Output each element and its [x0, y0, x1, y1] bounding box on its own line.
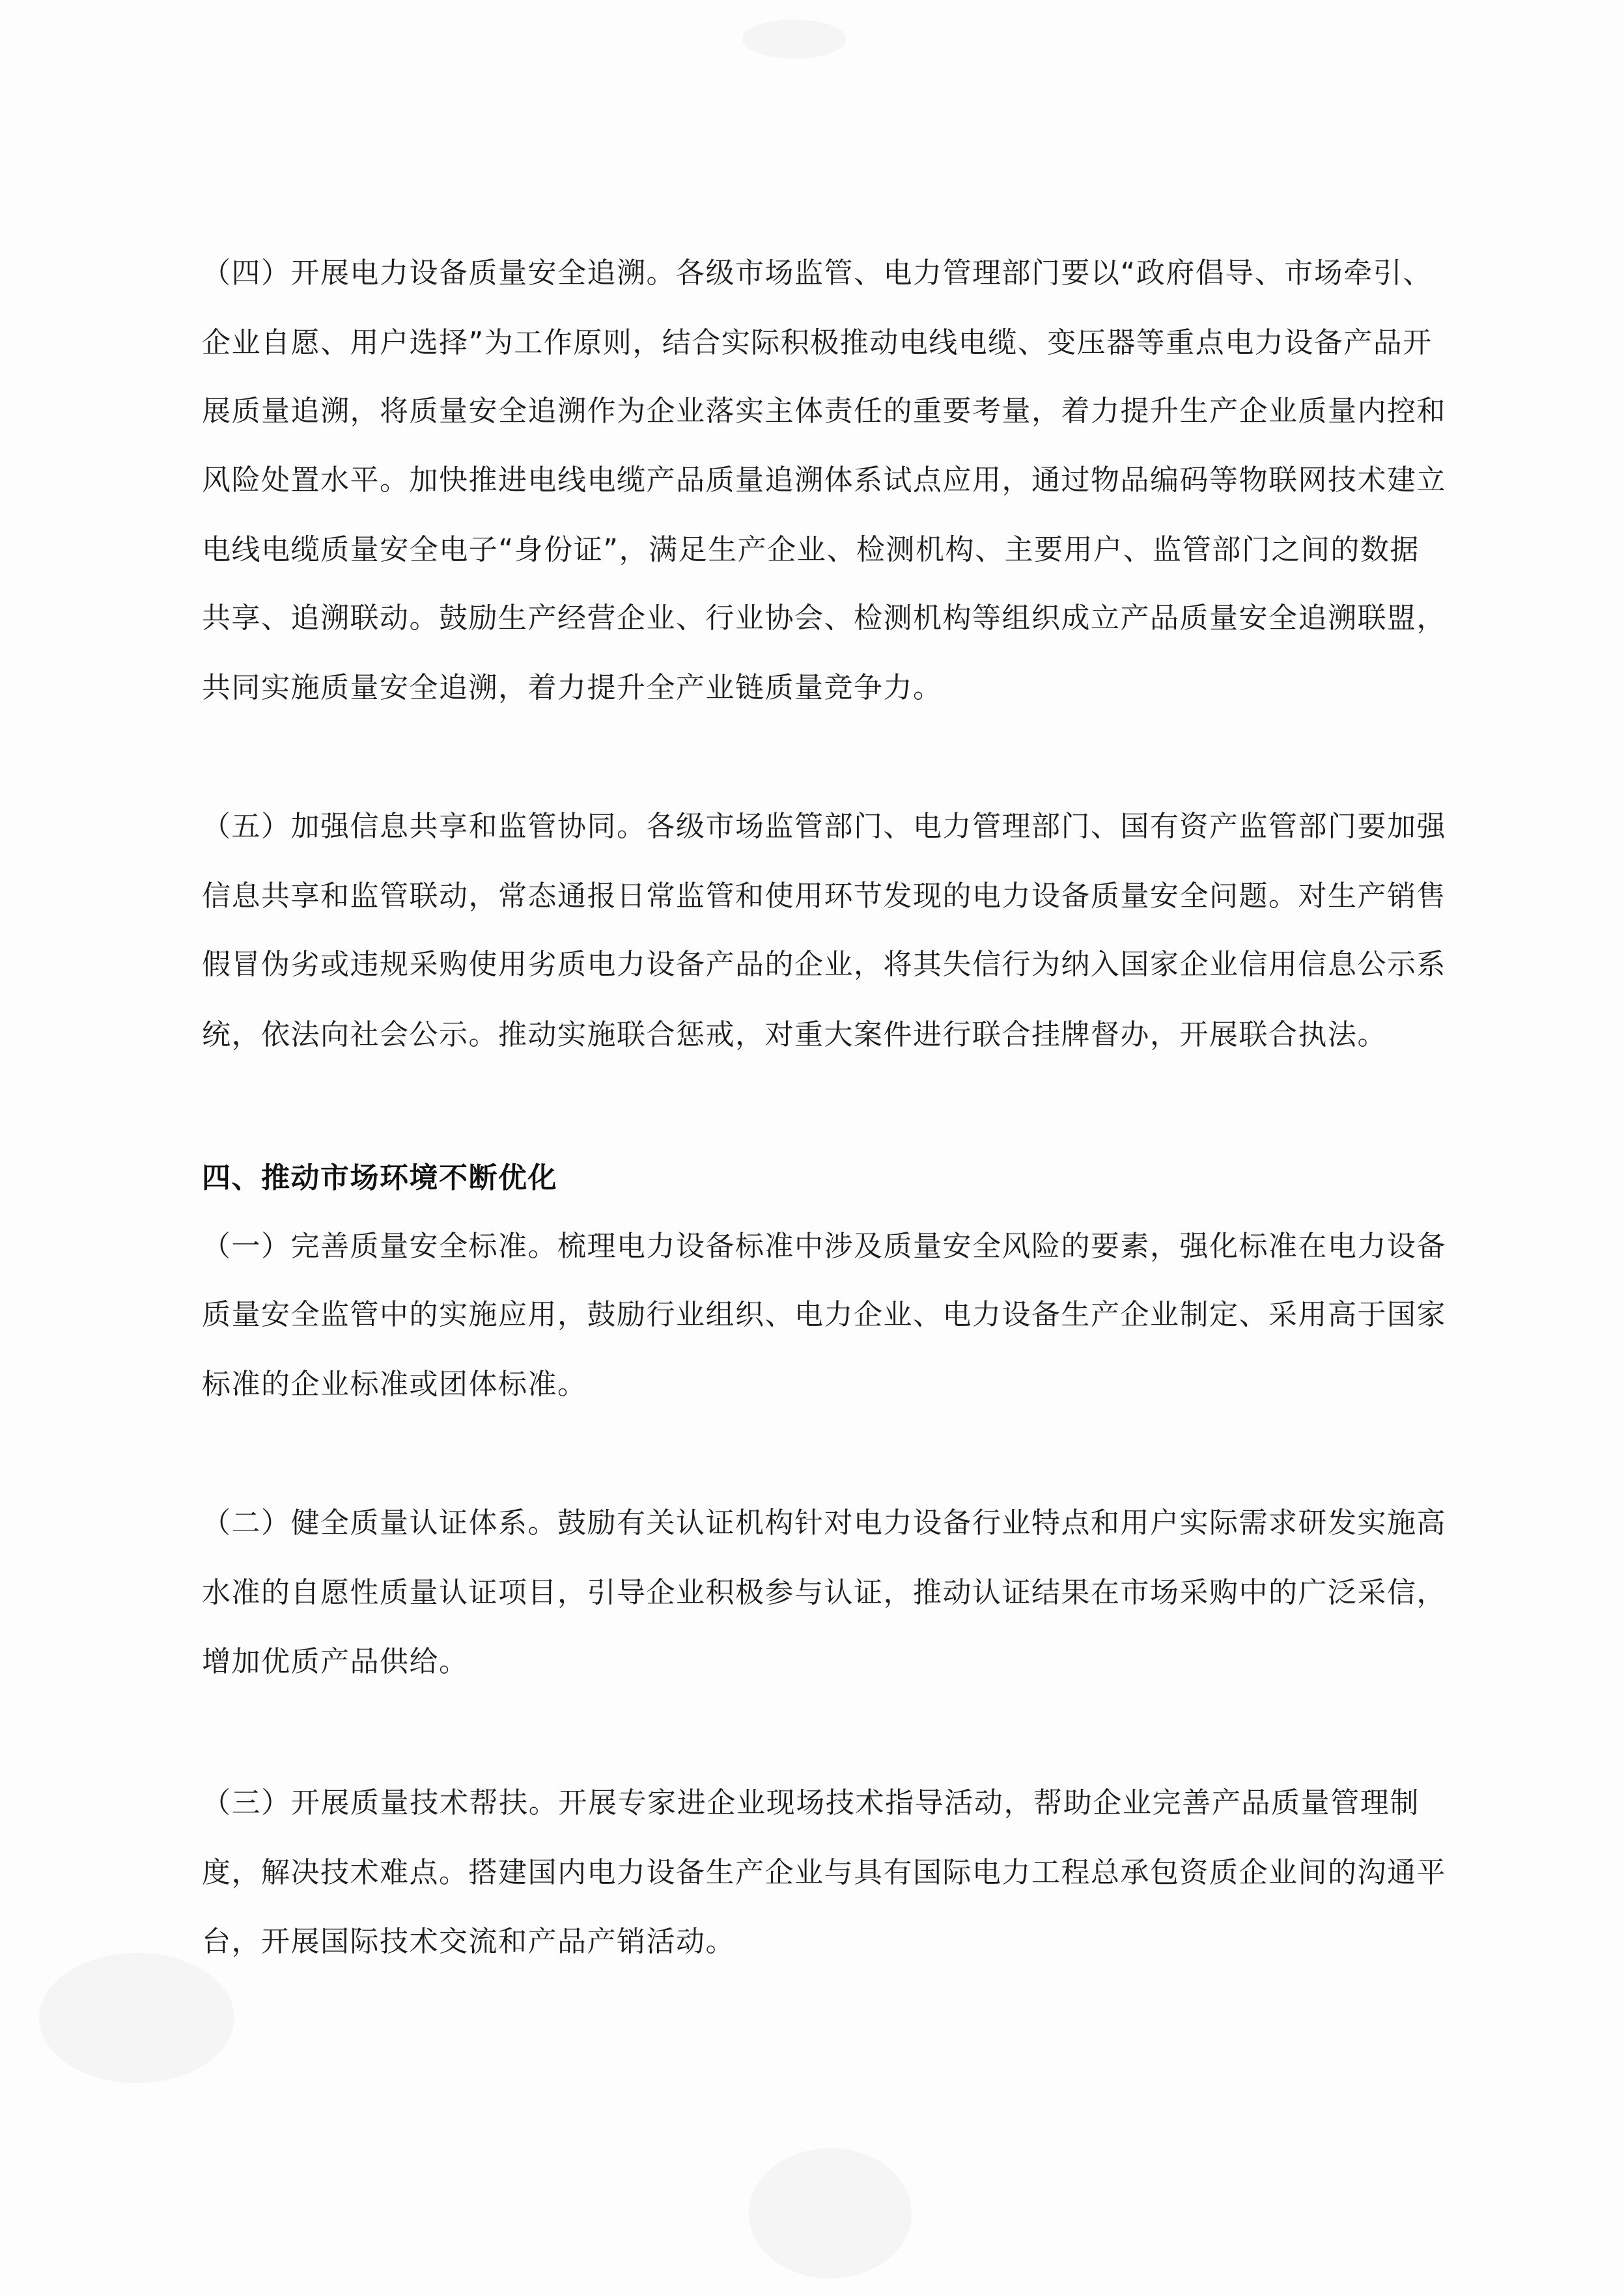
paragraph-5-line: 信息共享和监管联动，常态通报日常监管和使用环节发现的电力设备质量安全问题。对生产…	[202, 878, 1420, 915]
subsection-3-line: （三）开展质量技术帮扶。开展专家进企业现场技术指导活动，帮助企业完善产品质量管理…	[202, 1785, 1420, 1821]
paragraph-4-line: 风险处置水平。加快推进电线电缆产品质量追溯体系试点应用，通过物品编码等物联网技术…	[202, 462, 1420, 499]
subsection-2-line: 增加优质产品供给。	[202, 1644, 1420, 1680]
paragraph-4-line: 共享、追溯联动。鼓励生产经营企业、行业协会、检测机构等组织成立产品质量安全追溯联…	[202, 600, 1420, 637]
paragraph-4-line: 展质量追溯，将质量安全追溯作为企业落实主体责任的重要考量，着力提升生产企业质量内…	[202, 393, 1420, 430]
paragraph-4-line: 企业自愿、用户选择”为工作原则，结合实际积极推动电线电缆、变压器等重点电力设备产…	[202, 325, 1420, 361]
paragraph-5-line: 统，依法向社会公示。推动实施联合惩戒，对重大案件进行联合挂牌督办，开展联合执法。	[202, 1017, 1420, 1053]
subsection-2-line: （二）健全质量认证体系。鼓励有关认证机构针对电力设备行业特点和用户实际需求研发实…	[202, 1505, 1420, 1542]
section-heading: 四、推动市场环境不断优化	[202, 1160, 1420, 1196]
subsection-3-line: 台，开展国际技术交流和产品产销活动。	[202, 1924, 1420, 1960]
paragraph-4-line: 电线电缆质量安全电子“身份证”，满足生产企业、检测机构、主要用户、监管部门之间的…	[202, 532, 1420, 568]
subsection-1-line: （一）完善质量安全标准。梳理电力设备标准中涉及质量安全风险的要素，强化标准在电力…	[202, 1228, 1420, 1265]
subsection-1-line: 质量安全监管中的实施应用，鼓励行业组织、电力企业、电力设备生产企业制定、采用高于…	[202, 1297, 1420, 1333]
paragraph-4-line: （四）开展电力设备质量安全追溯。各级市场监管、电力管理部门要以“政府倡导、市场牵…	[202, 255, 1420, 292]
scan-noise	[749, 2148, 912, 2278]
paragraph-5-line: （五）加强信息共享和监管协同。各级市场监管部门、电力管理部门、国有资产监管部门要…	[202, 809, 1420, 845]
document-page: （四）开展电力设备质量安全追溯。各级市场监管、电力管理部门要以“政府倡导、市场牵…	[0, 0, 1624, 2296]
scan-noise	[39, 1953, 234, 2083]
subsection-2-line: 水准的自愿性质量认证项目，引导企业积极参与认证，推动认证结果在市场采购中的广泛采…	[202, 1575, 1420, 1611]
subsection-3-line: 度，解决技术难点。搭建国内电力设备生产企业与具有国际电力工程总承包资质企业间的沟…	[202, 1855, 1420, 1891]
subsection-1-line: 标准的企业标准或团体标准。	[202, 1366, 1420, 1403]
paragraph-5-line: 假冒伪劣或违规采购使用劣质电力设备产品的企业，将其失信行为纳入国家企业信用信息公…	[202, 947, 1420, 983]
paragraph-4-line: 共同实施质量安全追溯，着力提升全产业链质量竞争力。	[202, 670, 1420, 706]
scan-noise	[742, 20, 847, 59]
